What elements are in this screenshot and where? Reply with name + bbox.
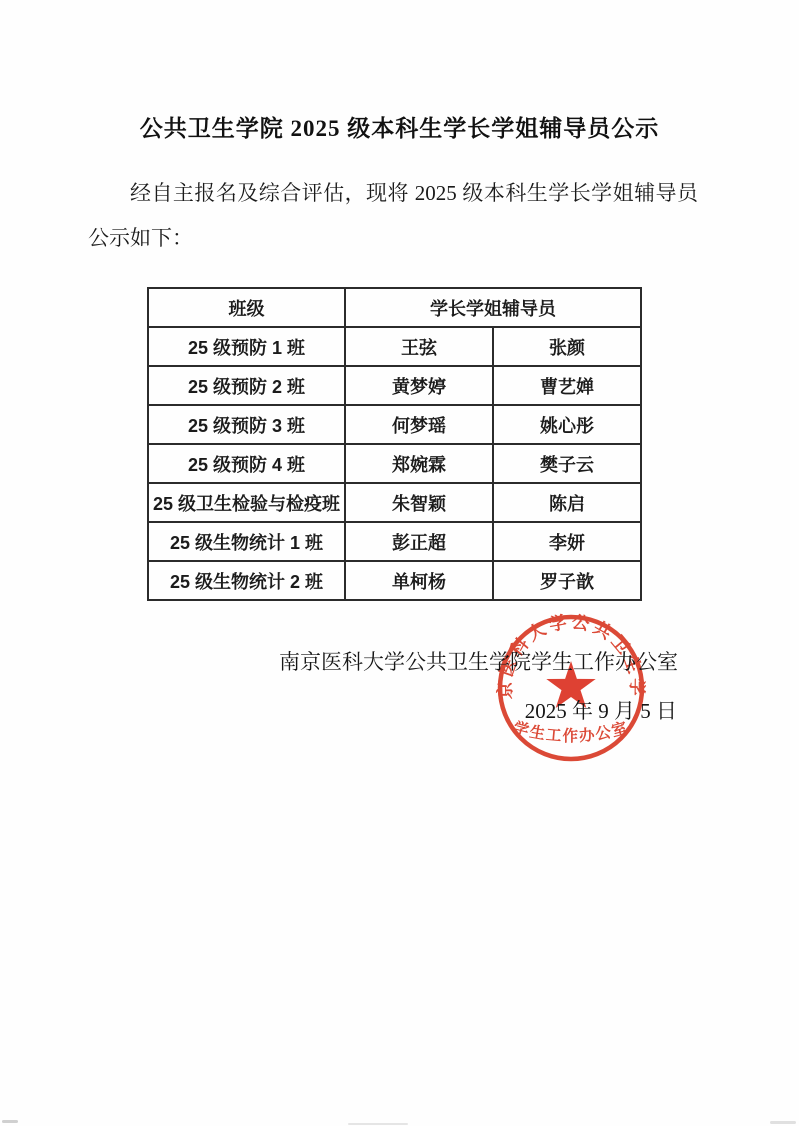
signature-date: 2025 年 9 月 5 日 (525, 695, 677, 725)
class-name-cell: 25 级生物统计 2 班 (148, 561, 345, 600)
class-name-cell: 25 级生物统计 1 班 (148, 522, 345, 561)
header-mentors-column: 学长学姐辅导员 (345, 288, 641, 327)
mentor2-cell: 姚心彤 (493, 405, 641, 444)
mentor-roster-table: 班级 学长学姐辅导员 25 级预防 1 班 王弦 张颜 25 级预防 2 班 黄… (147, 287, 642, 601)
signature-organization: 南京医科大学公共卫生学院学生工作办公室 (279, 646, 678, 676)
class-name-cell: 25 级卫生检验与检疫班 (148, 483, 345, 522)
official-seal-stamp: 南京医科大学公共卫生学院 学生工作办公室 (486, 603, 656, 773)
mentor2-cell: 张颜 (493, 327, 641, 366)
header-class-column: 班级 (148, 288, 345, 327)
mentor2-cell: 李妍 (493, 522, 641, 561)
mentor1-cell: 郑婉霖 (345, 444, 493, 483)
mentor2-cell: 樊子云 (493, 444, 641, 483)
mentor1-cell: 王弦 (345, 327, 493, 366)
table-row: 25 级预防 2 班 黄梦婷 曹艺婵 (148, 366, 641, 405)
class-name-cell: 25 级预防 1 班 (148, 327, 345, 366)
mentor1-cell: 何梦瑶 (345, 405, 493, 444)
table-row: 25 级卫生检验与检疫班 朱智颖 陈启 (148, 483, 641, 522)
table-row: 25 级预防 3 班 何梦瑶 姚心彤 (148, 405, 641, 444)
mentor2-cell: 曹艺婵 (493, 366, 641, 405)
document-page: 公共卫生学院 2025 级本科生学长学姐辅导员公示 经自主报名及综合评估，现将 … (0, 0, 799, 1126)
class-name-cell: 25 级预防 2 班 (148, 366, 345, 405)
mentor1-cell: 朱智颖 (345, 483, 493, 522)
scan-artifact (348, 1123, 408, 1125)
document-title: 公共卫生学院 2025 级本科生学长学姐辅导员公示 (0, 110, 799, 143)
mentor1-cell: 黄梦婷 (345, 366, 493, 405)
mentor1-cell: 彭正超 (345, 522, 493, 561)
class-name-cell: 25 级预防 3 班 (148, 405, 345, 444)
table-row: 25 级预防 4 班 郑婉霖 樊子云 (148, 444, 641, 483)
table-header-row: 班级 学长学姐辅导员 (148, 288, 641, 327)
mentor1-cell: 单柯杨 (345, 561, 493, 600)
scan-artifact (2, 1120, 18, 1123)
mentor2-cell: 陈启 (493, 483, 641, 522)
table-row: 25 级生物统计 1 班 彭正超 李妍 (148, 522, 641, 561)
table-row: 25 级预防 1 班 王弦 张颜 (148, 327, 641, 366)
scan-artifact (770, 1121, 796, 1124)
document-body-paragraph: 经自主报名及综合评估，现将 2025 级本科生学长学姐辅导员公示如下： (88, 171, 698, 261)
class-name-cell: 25 级预防 4 班 (148, 444, 345, 483)
mentor2-cell: 罗子歆 (493, 561, 641, 600)
table-row: 25 级生物统计 2 班 单柯杨 罗子歆 (148, 561, 641, 600)
